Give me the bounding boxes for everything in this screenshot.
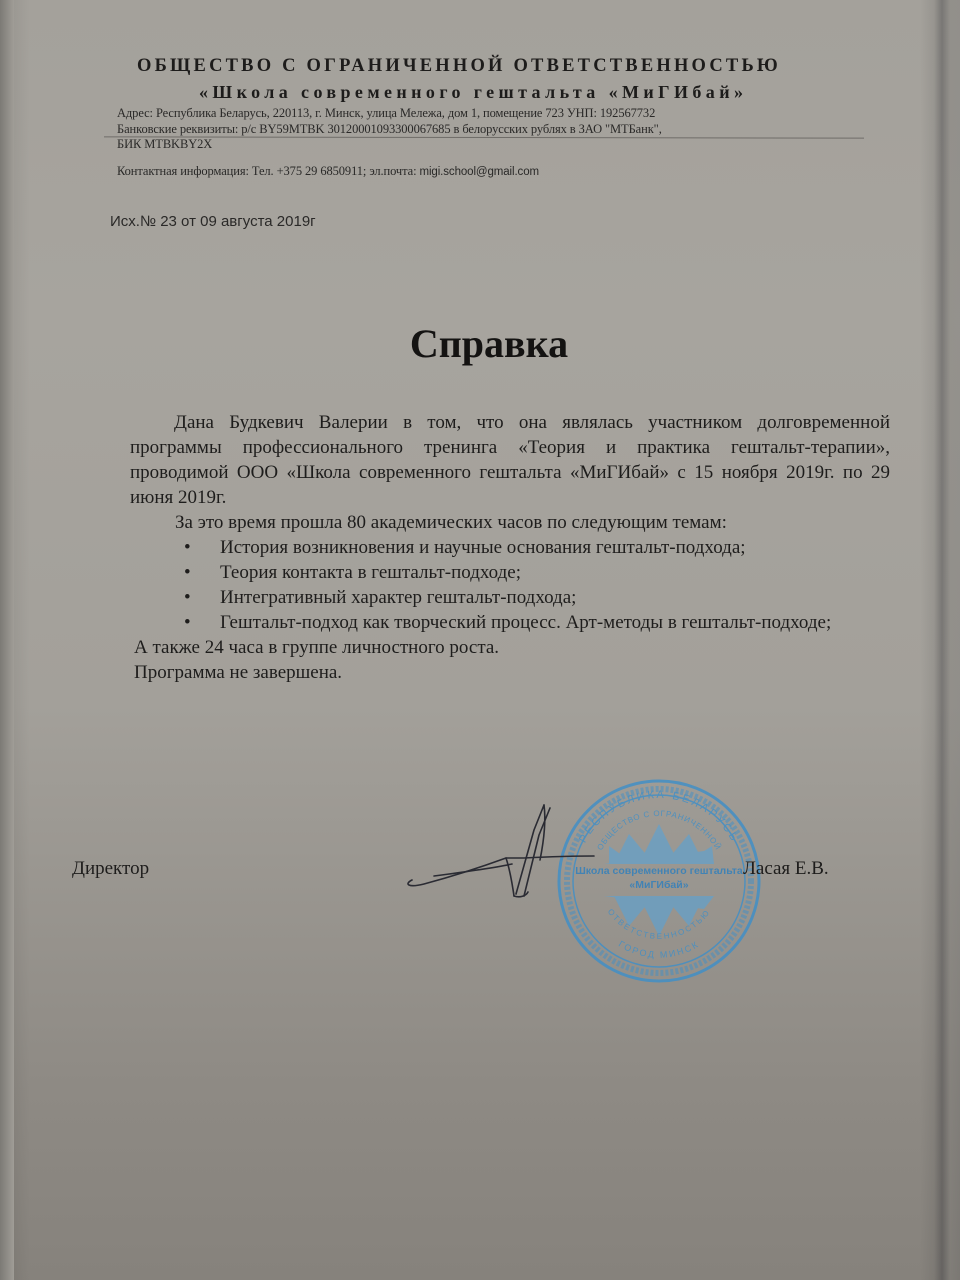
- address-line: Адрес: Республика Беларусь, 220113, г. М…: [117, 106, 655, 121]
- svg-text:ГОРОД МИНСК: ГОРОД МИНСК: [617, 939, 701, 960]
- topic-text: Интегративный характер гештальт-подхода;: [220, 587, 576, 608]
- topic-text: История возникновения и научные основани…: [220, 537, 746, 558]
- handwritten-signature: [394, 800, 634, 910]
- bullet-icon: •: [184, 535, 191, 560]
- program-status: Программа не завершена.: [130, 660, 890, 685]
- stamp-outer-bottom-text: ГОРОД МИНСК: [617, 939, 701, 960]
- director-label: Директор: [72, 858, 149, 880]
- hours-line: За это время прошла 80 академических час…: [130, 510, 890, 535]
- document-body: Дана Будкевич Валерии в том, что она явл…: [130, 410, 890, 685]
- bullet-icon: •: [184, 560, 191, 585]
- director-name: Ласая Е.В.: [743, 858, 829, 880]
- bank-details-line: Банковские реквизиты: р/с BY59MTBK 30120…: [117, 122, 662, 137]
- organization-title: ОБЩЕСТВО С ОГРАНИЧЕННОЙ ОТВЕТСТВЕННОСТЬЮ: [137, 56, 781, 77]
- bik-line: БИК MTBKBY2X: [117, 137, 212, 152]
- letterhead-divider: [104, 136, 864, 138]
- additional-hours: А также 24 часа в группе личностного рос…: [130, 635, 890, 660]
- organization-subtitle: «Школа современного гештальта «МиГИбай»: [199, 82, 747, 103]
- contact-line: Контактная информация: Тел. +375 29 6850…: [117, 164, 539, 179]
- contact-label: Контактная информация: Тел. +375 29 6850…: [117, 164, 419, 178]
- topic-text: Теория контакта в гештальт-подходе;: [220, 562, 521, 583]
- email-address: migi.school@gmail.com: [419, 166, 539, 178]
- topic-item: • Интегративный характер гештальт-подход…: [180, 585, 890, 610]
- signature-row: Директор Ласая Е.В.: [14, 858, 930, 888]
- topics-list: • История возникновения и научные основа…: [130, 535, 890, 635]
- topic-item: • Гештальт-подход как творческий процесс…: [180, 610, 890, 635]
- certificate-document: ОБЩЕСТВО С ОГРАНИЧЕННОЙ ОТВЕТСТВЕННОСТЬЮ…: [14, 0, 930, 1280]
- paper-left-edge: [0, 0, 14, 1280]
- topic-item: • Теория контакта в гештальт-подходе;: [180, 560, 890, 585]
- document-title: Справка: [14, 320, 960, 367]
- outgoing-number: Исх.№ 23 от 09 августа 2019г: [110, 213, 316, 230]
- bullet-icon: •: [184, 610, 191, 635]
- bullet-icon: •: [184, 585, 191, 610]
- topic-text: Гештальт-подход как творческий процесс. …: [220, 612, 831, 633]
- topic-item: • История возникновения и научные основа…: [180, 535, 890, 560]
- intro-paragraph: Дана Будкевич Валерии в том, что она явл…: [130, 410, 890, 510]
